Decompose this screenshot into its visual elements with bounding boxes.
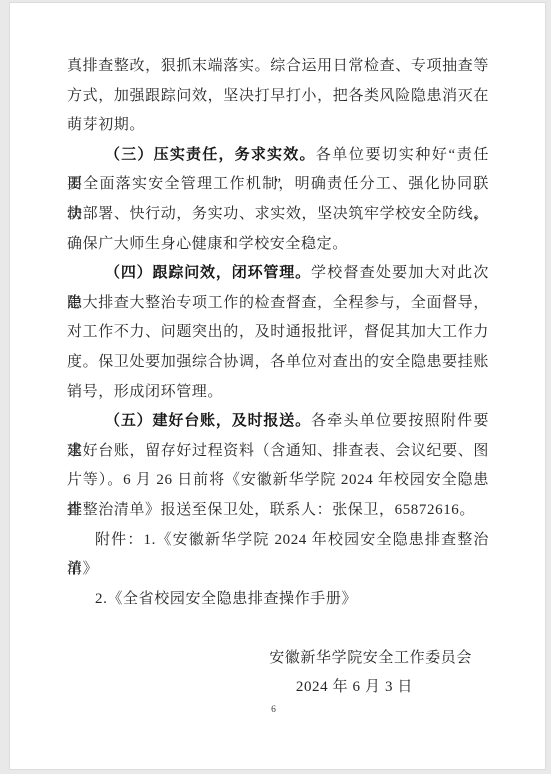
- para-section-5: （五）建好台账，及时报送。各牵头单位要按照附件要求建好台账，留存好过程资料（含通…: [67, 407, 489, 525]
- text-line: 快部署、快行动，务实功、求实效，坚决筑牢学校安全防线，: [67, 200, 489, 230]
- para-attachments: 附件：1.《安徽新华学院 2024 年校园安全隐患排查整治清单》2.《全省校园安…: [67, 526, 489, 615]
- document-body: 真排查整改，狠抓末端落实。综合运用日常检查、专项抽查等方式，加强跟踪问效，坚决打…: [67, 52, 489, 703]
- paragraph-heading: （四）跟踪问效，闭环管理。: [105, 265, 311, 281]
- signature-committee: 安徽新华学院安全工作委员会: [67, 644, 489, 674]
- text-line: 度。保卫处要加强综合协调，各单位对查出的安全隐患要挂账: [67, 348, 489, 378]
- text-line: 确保广大师生身心健康和学校安全稳定。: [67, 230, 489, 260]
- para-carryover: 真排查整改，狠抓末端落实。综合运用日常检查、专项抽查等方式，加强跟踪问效，坚决打…: [67, 52, 489, 141]
- text-line: 片等）。6 月 26 日前将《安徽新华学院 2024 年校园安全隐患排: [67, 466, 489, 496]
- signature-block: 安徽新华学院安全工作委员会 2024 年 6 月 3 日: [67, 644, 489, 703]
- text-line: 2.《全省校园安全隐患排查操作手册》: [67, 585, 489, 615]
- text-line: 销号，形成闭环管理。: [67, 378, 489, 408]
- text-line: 萌芽初期。: [67, 111, 489, 141]
- page-number: 6: [10, 705, 537, 715]
- text-line: 建好台账，留存好过程资料（含通知、排查表、会议纪要、图: [67, 437, 489, 467]
- para-section-3: （三）压实责任，务求实效。各单位要切实种好“责任田”。要全面落实安全管理工作机制…: [67, 141, 489, 259]
- text-line: 患大排查大整治专项工作的检查督查，全程参与，全面督导，: [67, 289, 489, 319]
- text-line: （三）压实责任，务求实效。各单位要切实种好“责任田”。: [67, 141, 489, 171]
- text-line: （五）建好台账，及时报送。各牵头单位要按照附件要求: [67, 407, 489, 437]
- paragraphs-container: 真排查整改，狠抓末端落实。综合运用日常检查、专项抽查等方式，加强跟踪问效，坚决打…: [67, 52, 489, 614]
- text-line: 要全面落实安全管理工作机制，明确责任分工、强化协同联动。: [67, 170, 489, 200]
- paragraph-heading: （五）建好台账，及时报送。: [105, 413, 311, 429]
- text-line: 真排查整改，狠抓末端落实。综合运用日常检查、专项抽查等: [67, 52, 489, 82]
- signature-date: 2024 年 6 月 3 日: [67, 673, 489, 703]
- text-line: （四）跟踪问效，闭环管理。学校督查处要加大对此次隐: [67, 259, 489, 289]
- text-line: 单》: [67, 555, 489, 585]
- document-page: 真排查整改，狠抓末端落实。综合运用日常检查、专项抽查等方式，加强跟踪问效，坚决打…: [10, 3, 545, 769]
- text-line: 附件：1.《安徽新华学院 2024 年校园安全隐患排查整治清: [67, 526, 489, 556]
- text-line: 方式，加强跟踪问效，坚决打早打小，把各类风险隐患消灭在: [67, 82, 489, 112]
- text-line: 查整治清单》报送至保卫处，联系人：张保卫，65872616。: [67, 496, 489, 526]
- para-section-4: （四）跟踪问效，闭环管理。学校督查处要加大对此次隐患大排查大整治专项工作的检查督…: [67, 259, 489, 407]
- paragraph-heading: （三）压实责任，务求实效。: [105, 147, 316, 163]
- text-line: 对工作不力、问题突出的，及时通报批评，督促其加大工作力: [67, 318, 489, 348]
